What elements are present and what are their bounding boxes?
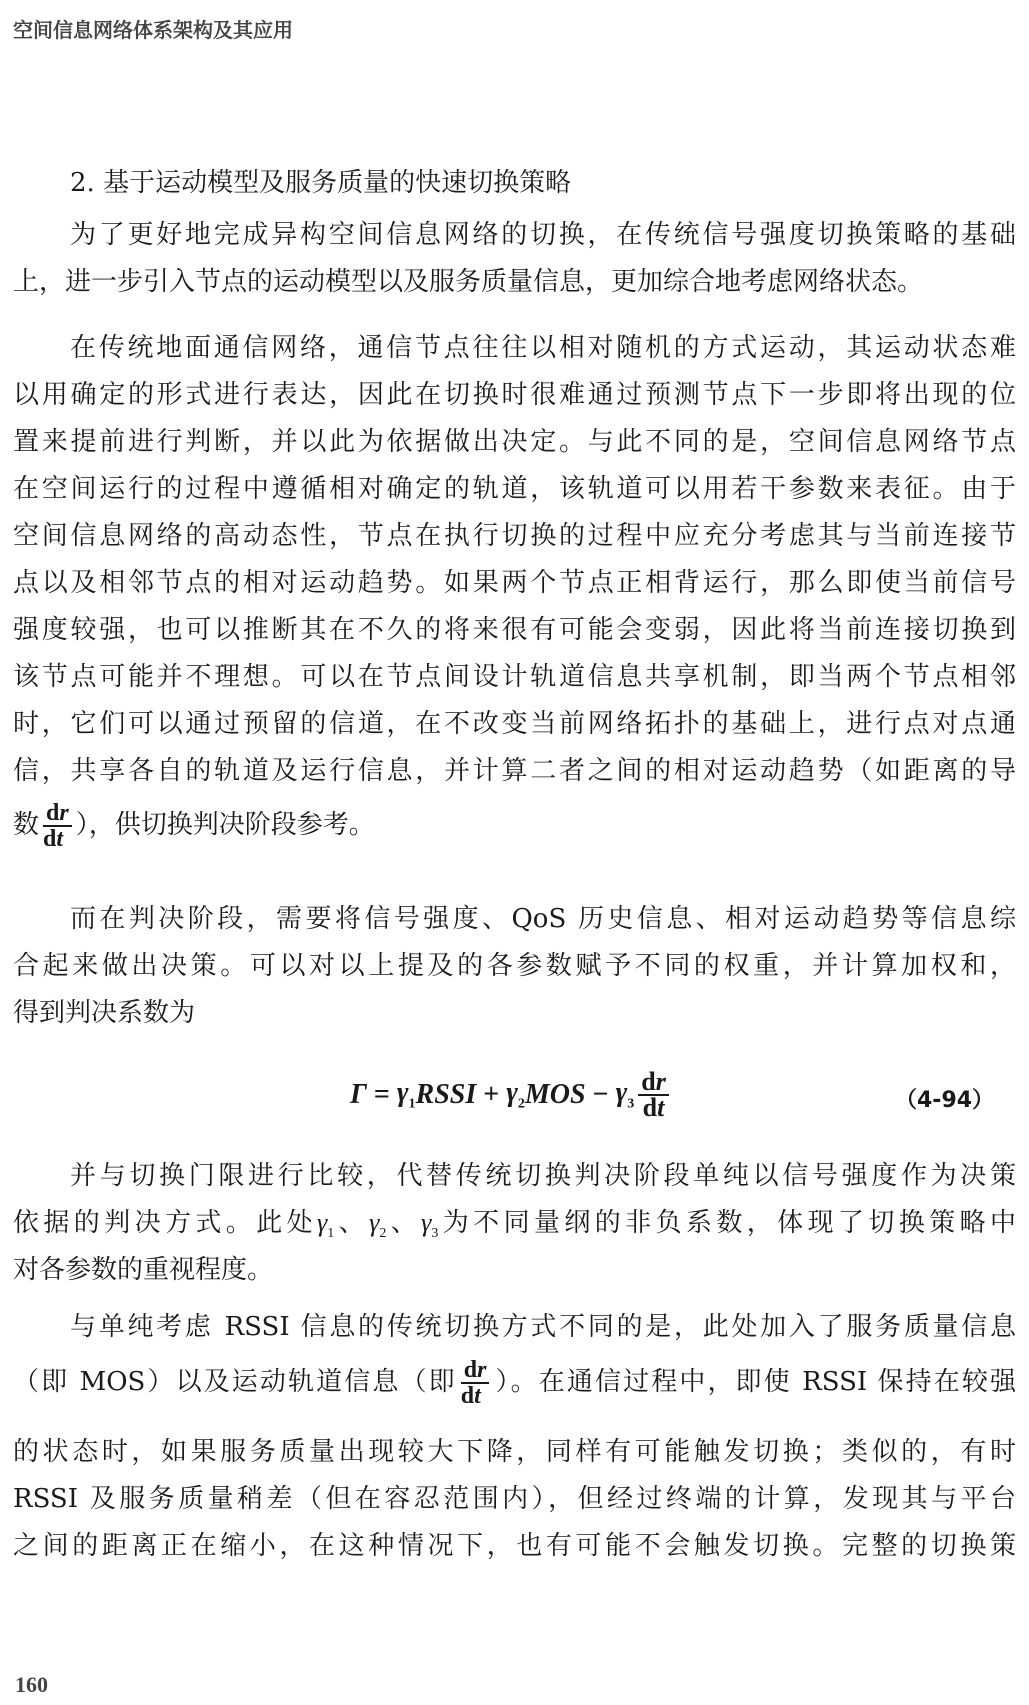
separator: 、 — [334, 1208, 369, 1238]
term-rssi: RSSI — [416, 1079, 477, 1111]
gamma-capital: Γ — [350, 1079, 367, 1111]
paragraph-line: 空间信息网络的高动态性，节点在执行切换的过程中应充分考虑其与当前连接节 — [13, 521, 1016, 551]
text: ）。在通信过程中，即使 RSSI 保持在较强 — [493, 1367, 1016, 1397]
running-head: 空间信息网络体系架构及其应用 — [13, 14, 293, 43]
paragraph-line: 在空间运行的过程中遵循相对确定的轨道，该轨道可以用若干参数来表征。由于 — [13, 474, 1016, 504]
var-t: t — [657, 1093, 664, 1122]
sub: 2 — [518, 1097, 525, 1112]
gamma: γ — [421, 1208, 431, 1237]
gamma: γ — [317, 1208, 327, 1237]
paragraph-line-with-fraction: 数drdt），供切换判决阶段参考。 — [13, 795, 1016, 855]
paragraph-line: 上，进一步引入节点的运动模型以及服务质量信息，更加综合地考虑网络状态。 — [13, 267, 1016, 297]
equation-4-94: Γ = γ1 RSSI + γ2 MOS − γ3 drdt — [350, 1070, 673, 1120]
gamma-2: γ2 — [369, 1208, 386, 1237]
paragraph-line: 并与切换门限进行比较，代替传统切换判决阶段单纯以信号强度作为决策 — [70, 1161, 1016, 1191]
gamma-1: γ1 — [317, 1208, 334, 1237]
equals: = — [367, 1079, 397, 1111]
paragraph-line: 该节点可能并不理想。可以在节点间设计轨道信息共享机制，即当两个节点相邻 — [13, 662, 1016, 692]
var-t: t — [474, 1383, 481, 1409]
sub: 1 — [409, 1097, 416, 1112]
d: d — [464, 1357, 477, 1383]
paragraph-line-with-fraction: （即 MOS）以及运动轨道信息（即drdt）。在通信过程中，即使 RSSI 保持… — [13, 1352, 1016, 1412]
paragraph-line: 之间的距离正在缩小，在这种情况下，也有可能不会触发切换。完整的切换策 — [13, 1531, 1016, 1561]
paragraph-line: 的状态时，如果服务质量出现较大下降，同样有可能触发切换；类似的，有时 — [13, 1437, 1016, 1467]
page-number: 160 — [15, 1672, 48, 1698]
fraction-dr-dt: drdt — [43, 801, 72, 851]
text: （即 MOS）以及运动轨道信息（即 — [13, 1367, 457, 1397]
equation-number: （4-94） — [895, 1083, 994, 1114]
fraction-dr-dt: drdt — [638, 1070, 669, 1120]
d: d — [43, 826, 56, 852]
paragraph-line: 点以及相邻节点的相对运动趋势。如果两个节点正相背运行，那么即使当前信号 — [13, 568, 1016, 598]
text: ），供切换判决阶段参考。 — [76, 810, 375, 840]
gamma: γ — [616, 1077, 628, 1108]
var-t: t — [56, 826, 63, 852]
separator: 、 — [386, 1208, 421, 1238]
text: 数 — [13, 810, 39, 840]
paragraph-line: 对各参数的重视程度。 — [13, 1255, 1016, 1285]
gamma: γ — [369, 1208, 379, 1237]
paragraph-line: 为了更好地完成异构空间信息网络的切换，在传统信号强度切换策略的基础 — [70, 220, 1016, 250]
var-r: r — [59, 800, 68, 826]
paragraph-line: 在传统地面通信网络，通信节点往往以相对随机的方式运动，其运动状态难 — [70, 333, 1016, 363]
paragraph-line: 信，共享各自的轨道及运行信息，并计算二者之间的相对运动趋势（如距离的导 — [13, 756, 1016, 786]
paragraph-line: 置来提前进行判断，并以此为依据做出决定。与此不同的是，空间信息网络节点 — [13, 427, 1016, 457]
gamma-3: γ3 — [421, 1208, 438, 1237]
gamma: γ — [506, 1077, 518, 1108]
minus: − — [586, 1079, 616, 1111]
var-r: r — [656, 1067, 666, 1096]
var-r: r — [477, 1357, 486, 1383]
gamma-1: γ1 — [397, 1077, 416, 1113]
gamma-2: γ2 — [506, 1077, 525, 1113]
paragraph-line: 合起来做出决策。可以对以上提及的各参数赋予不同的权重，并计算加权和， — [13, 951, 1016, 981]
paragraph-line: 而在判决阶段，需要将信号强度、QoS 历史信息、相对运动趋势等信息综 — [70, 904, 1016, 934]
fraction-dr-dt: drdt — [461, 1358, 490, 1408]
d: d — [643, 1093, 657, 1122]
gamma: γ — [397, 1077, 409, 1108]
paragraph-line-with-gammas: 依据的判决方式。此处γ1、γ2、γ3为不同量纲的非负系数，体现了切换策略中 — [13, 1208, 1016, 1249]
plus: + — [476, 1079, 506, 1111]
paragraph-line: 时，它们可以通过预留的信道，在不改变当前网络拓扑的基础上，进行点对点通 — [13, 709, 1016, 739]
text: 依据的判决方式。此处 — [13, 1208, 317, 1238]
d: d — [46, 800, 59, 826]
paragraph-line: 与单纯考虑 RSSI 信息的传统切换方式不同的是，此处加入了服务质量信息 — [70, 1312, 1016, 1342]
paragraph-line: 得到判决系数为 — [13, 998, 1016, 1028]
term-mos: MOS — [525, 1079, 586, 1111]
d: d — [461, 1383, 474, 1409]
paragraph-line: RSSI 及服务质量稍差（但在容忍范围内），但经过终端的计算，发现其与平台 — [13, 1484, 1016, 1514]
text: 为不同量纲的非负系数，体现了切换策略中 — [438, 1208, 1016, 1238]
paragraph-line: 强度较强，也可以推断其在不久的将来很有可能会变弱，因此将当前连接切换到 — [13, 615, 1016, 645]
gamma-3: γ3 — [616, 1077, 635, 1113]
section-title: 2. 基于运动模型及服务质量的快速切换策略 — [70, 162, 571, 199]
sub: 3 — [627, 1097, 634, 1112]
d: d — [641, 1067, 655, 1096]
paragraph-line: 以用确定的形式进行表达，因此在切换时很难通过预测节点下一步即将出现的位 — [13, 380, 1016, 410]
